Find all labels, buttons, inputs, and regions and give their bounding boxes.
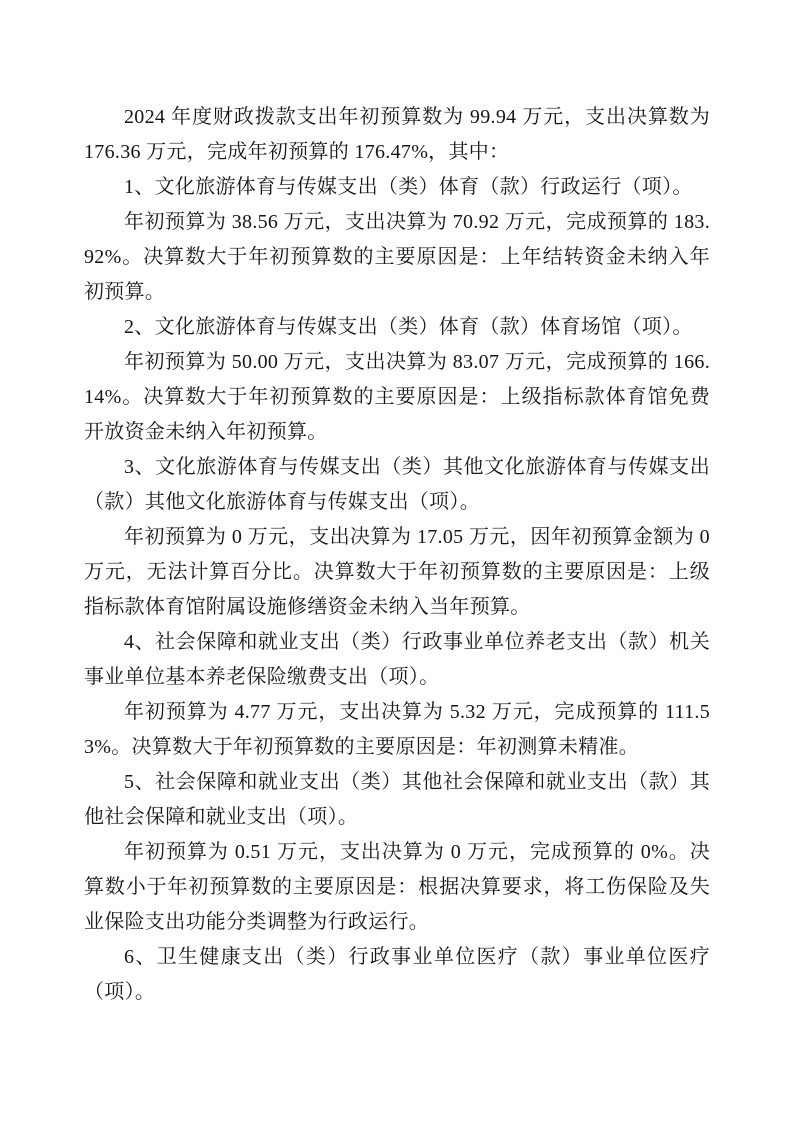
paragraph-item-6-title: 6、卫生健康支出（类）行政事业单位医疗（款）事业单位医疗（项）。 xyxy=(84,940,710,1010)
paragraph-item-1-title: 1、文化旅游体育与传媒支出（类）体育（款）行政运行（项）。 xyxy=(84,170,710,205)
paragraph-item-3-title: 3、文化旅游体育与传媒支出（类）其他文化旅游体育与传媒支出（款）其他文化旅游体育… xyxy=(84,450,710,520)
document-body: 2024 年度财政拨款支出年初预算数为 99.94 万元，支出决算数为 176.… xyxy=(84,100,710,1010)
paragraph-item-5-title: 5、社会保障和就业支出（类）其他社会保障和就业支出（款）其他社会保障和就业支出（… xyxy=(84,765,710,835)
paragraph-item-4-title: 4、社会保障和就业支出（类）行政事业单位养老支出（款）机关事业单位基本养老保险缴… xyxy=(84,625,710,695)
paragraph-item-2-title: 2、文化旅游体育与传媒支出（类）体育（款）体育场馆（项）。 xyxy=(84,310,710,345)
paragraph-item-4-detail: 年初预算为 4.77 万元，支出决算为 5.32 万元，完成预算的 111.53… xyxy=(84,695,710,765)
paragraph-item-5-detail: 年初预算为 0.51 万元，支出决算为 0 万元，完成预算的 0%。决算数小于年… xyxy=(84,835,710,940)
paragraph-intro-summary: 2024 年度财政拨款支出年初预算数为 99.94 万元，支出决算数为 176.… xyxy=(84,100,710,170)
paragraph-item-1-detail: 年初预算为 38.56 万元，支出决算为 70.92 万元，完成预算的 183.… xyxy=(84,205,710,310)
paragraph-item-2-detail: 年初预算为 50.00 万元，支出决算为 83.07 万元，完成预算的 166.… xyxy=(84,345,710,450)
paragraph-item-3-detail: 年初预算为 0 万元，支出决算为 17.05 万元，因年初预算金额为 0 万元，… xyxy=(84,520,710,625)
document-page: 2024 年度财政拨款支出年初预算数为 99.94 万元，支出决算数为 176.… xyxy=(0,0,793,1122)
